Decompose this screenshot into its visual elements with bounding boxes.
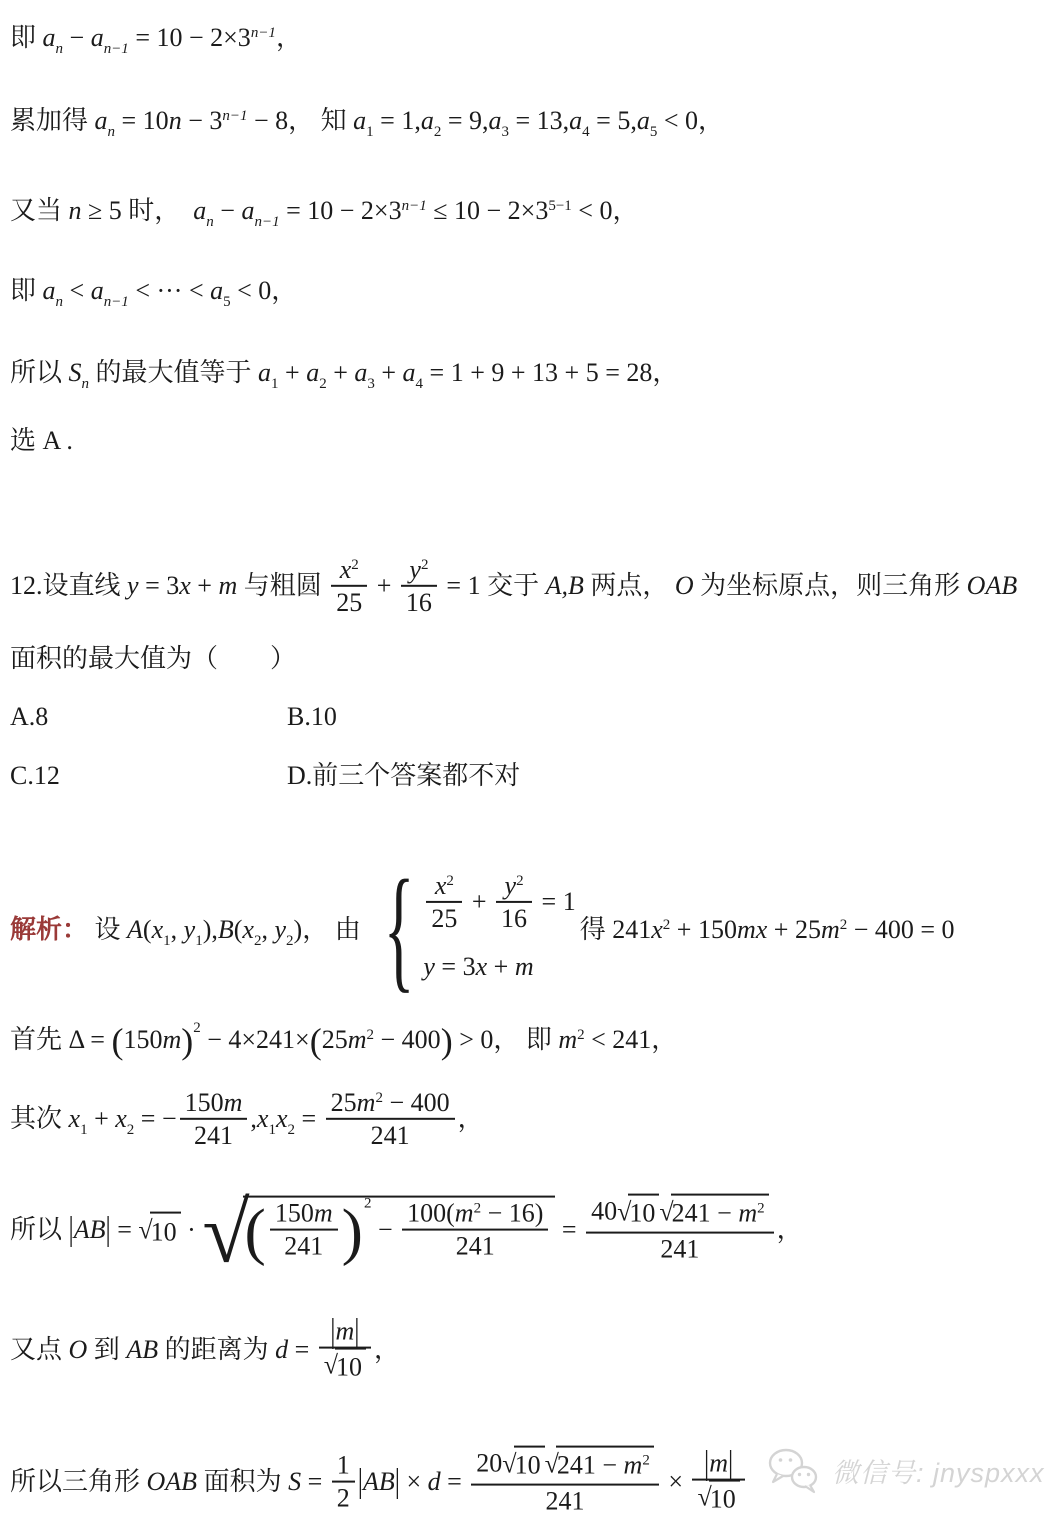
fraction: x225 bbox=[426, 870, 462, 934]
superscript: 2 bbox=[642, 1453, 650, 1469]
text-run: − bbox=[63, 23, 91, 52]
text-run: 到 bbox=[87, 1335, 126, 1364]
math-var: m bbox=[624, 1451, 643, 1480]
denominator: 25 bbox=[426, 901, 462, 934]
radicand: 10 bbox=[335, 1347, 366, 1382]
math-var: a bbox=[306, 358, 319, 387]
math-var: d bbox=[275, 1335, 288, 1364]
numerator: 20√10√241 − m2 bbox=[471, 1448, 659, 1484]
text-run: + bbox=[487, 952, 515, 981]
numerator: 40√10√241 − m2 bbox=[586, 1196, 774, 1232]
text-run: 100( bbox=[407, 1199, 455, 1228]
math-var: a bbox=[43, 276, 56, 305]
text-run: + bbox=[375, 358, 403, 387]
math-var: AB bbox=[74, 1215, 106, 1244]
subscript: 5 bbox=[650, 124, 658, 140]
subscript: 2 bbox=[286, 933, 294, 949]
radicand: 241 − m2 bbox=[556, 1446, 654, 1481]
abs-bar: | bbox=[728, 1443, 733, 1484]
text-run: 150 bbox=[275, 1199, 314, 1228]
text-run: ≤ 10 − 2×3 bbox=[427, 196, 549, 225]
math-var: A,B bbox=[546, 571, 584, 600]
text-run: 所以 bbox=[10, 358, 69, 387]
math-var: a bbox=[403, 358, 416, 387]
text-run: = 10 − 2×3 bbox=[129, 23, 251, 52]
solution-line-1: 即 an − an−1 = 10 − 2×3n−1， bbox=[10, 21, 302, 55]
fraction: 12 bbox=[332, 1450, 355, 1514]
denominator: 16 bbox=[496, 901, 532, 934]
denominator: √10 bbox=[692, 1479, 744, 1517]
text-run: = bbox=[555, 1215, 583, 1244]
text-run: 所以三角形 bbox=[10, 1467, 147, 1496]
math-var: a bbox=[241, 196, 254, 225]
superscript: 2 bbox=[421, 557, 429, 573]
text-run: + bbox=[191, 571, 219, 600]
answer-text: 选 A . bbox=[10, 426, 73, 455]
paren: ( bbox=[310, 1021, 322, 1061]
radical: √10 bbox=[324, 1347, 366, 1382]
radical: √10 bbox=[617, 1194, 659, 1229]
fraction: 150m241 bbox=[180, 1087, 248, 1151]
subscript: 3 bbox=[502, 124, 510, 140]
radical: √241 − m2 bbox=[659, 1194, 768, 1229]
math-var: x bbox=[340, 555, 352, 584]
text-run: 25 bbox=[322, 1025, 348, 1054]
math-var: mx bbox=[737, 915, 767, 944]
math-var: O bbox=[69, 1335, 88, 1364]
subscript: 4 bbox=[416, 376, 424, 392]
text-run: 即 bbox=[10, 23, 43, 52]
math-var: S bbox=[69, 358, 82, 387]
options-row-1: A.8B.10 bbox=[10, 700, 48, 734]
math-var: O bbox=[675, 571, 694, 600]
math-var: x bbox=[242, 915, 254, 944]
superscript: 2 bbox=[474, 1201, 482, 1217]
option-a: A.8 bbox=[10, 702, 48, 731]
math-var: m bbox=[348, 1025, 367, 1054]
denominator: 241 bbox=[402, 1229, 548, 1262]
subscript: 2 bbox=[434, 124, 442, 140]
fraction: |m|√10 bbox=[692, 1448, 744, 1517]
denominator: √10 bbox=[319, 1347, 371, 1385]
math-var: y bbox=[274, 915, 286, 944]
paren: ) bbox=[441, 1021, 453, 1061]
text-run: − bbox=[214, 196, 242, 225]
superscript: 2 bbox=[364, 1196, 372, 1212]
math-var: a bbox=[421, 106, 434, 135]
math-var: x bbox=[179, 571, 191, 600]
radical-large: √(150m241)2 − 100(m2 − 16)241 bbox=[202, 1196, 555, 1264]
text-run: = 1 + 9 + 13 + 5 = 28， bbox=[423, 358, 678, 387]
analysis-line: 解析： 设 A(x1, y1),B(x2, y2)， 由 {x225 + y21… bbox=[10, 876, 955, 988]
text-run: 241 − bbox=[557, 1451, 624, 1480]
vieta-line: 其次 x1 + x2 = −150m241,x1x2 = 25m2 − 4002… bbox=[10, 1089, 484, 1153]
cases-rows: x225 + y216 = 1y = 3x + m bbox=[423, 872, 575, 984]
solution-line-5: 所以 Sn 的最大值等于 a1 + a2 + a3 + a4 = 1 + 9 +… bbox=[10, 356, 678, 390]
math-var: AB bbox=[363, 1467, 395, 1496]
math-var: AB bbox=[126, 1335, 158, 1364]
math-var: a bbox=[637, 106, 650, 135]
numerator: y2 bbox=[496, 870, 532, 901]
option-c: C.12 bbox=[10, 761, 60, 790]
abs-bar: | bbox=[354, 1311, 359, 1352]
radical: √10 bbox=[138, 1211, 180, 1249]
text-run: ， bbox=[374, 1335, 400, 1364]
text-run: = 3 bbox=[435, 952, 476, 981]
fraction: y216 bbox=[496, 870, 532, 934]
text-run: = 13, bbox=[509, 106, 569, 135]
math-var: x bbox=[257, 1104, 269, 1133]
text-run: − 400 bbox=[383, 1088, 450, 1117]
subscript: n bbox=[56, 294, 64, 310]
text-run: 与粗圆 bbox=[237, 571, 328, 600]
text-run: > 0， 即 bbox=[453, 1025, 559, 1054]
text-run: 即 bbox=[10, 276, 43, 305]
abs-bar: | bbox=[106, 1208, 111, 1252]
solution-line-3: 又当 n ≥ 5 时， an − an−1 = 10 − 2×3n−1 ≤ 10… bbox=[10, 194, 638, 228]
math-solution-document: 即 an − an−1 = 10 − 2×3n−1， 累加得 an = 10n … bbox=[0, 0, 1050, 1527]
text-run: < ··· < bbox=[129, 276, 210, 305]
superscript: 2 bbox=[516, 873, 524, 889]
text-run: + bbox=[327, 358, 355, 387]
math-var: y bbox=[127, 571, 139, 600]
text-run: 得 241 bbox=[580, 915, 652, 944]
text-run: + 150 bbox=[670, 915, 737, 944]
denominator: 241 bbox=[471, 1483, 659, 1516]
text-run: = 10 bbox=[115, 106, 169, 135]
numerator: 1 bbox=[332, 1450, 355, 1481]
paren: ) bbox=[181, 1021, 193, 1061]
math-var: y bbox=[505, 871, 517, 900]
math-var: n bbox=[69, 196, 82, 225]
text-run: 150 bbox=[185, 1088, 224, 1117]
text-run: 面积的最大值为（ ） bbox=[10, 644, 296, 673]
text-run: , bbox=[171, 915, 184, 944]
math-var: a bbox=[489, 106, 502, 135]
denominator: 241 bbox=[586, 1231, 774, 1264]
abs-bar: | bbox=[358, 1460, 363, 1504]
text-run: < bbox=[63, 276, 91, 305]
subscript: 5 bbox=[223, 294, 231, 310]
superscript: 2 bbox=[840, 917, 848, 933]
text-run: ， bbox=[458, 1104, 484, 1133]
fraction: 20√10√241 − m2241 bbox=[471, 1448, 659, 1517]
text-run: + bbox=[88, 1104, 116, 1133]
math-var: x bbox=[651, 915, 663, 944]
subscript: 1 bbox=[271, 376, 279, 392]
text-run: = 1 交于 bbox=[440, 571, 546, 600]
radical: √10 bbox=[502, 1446, 544, 1481]
math-var: x bbox=[69, 1104, 81, 1133]
radicand: 10 bbox=[709, 1479, 740, 1514]
superscript: 2 bbox=[375, 1090, 383, 1106]
subscript: 2 bbox=[287, 1122, 295, 1138]
text-run: − 16) bbox=[481, 1199, 543, 1228]
superscript: 2 bbox=[663, 917, 671, 933]
text-run: < 241， bbox=[585, 1025, 678, 1054]
math-var: a bbox=[91, 276, 104, 305]
text-run: < 0， bbox=[572, 196, 639, 225]
subscript: n bbox=[206, 214, 214, 230]
text-run: = 5, bbox=[590, 106, 637, 135]
denominator: 241 bbox=[270, 1229, 338, 1262]
text-run: = 1, bbox=[374, 106, 421, 135]
options-row-2: C.12D.前三个答案都不对 bbox=[10, 759, 60, 793]
math-var: x bbox=[276, 1104, 288, 1133]
question-12-line-1: 12.设直线 y = 3x + m 与粗圆 x225 + y216 = 1 交于… bbox=[10, 556, 1017, 620]
text-run: 面积为 bbox=[197, 1467, 288, 1496]
text-run: 12.设直线 bbox=[10, 571, 127, 600]
text-run: − 4×241× bbox=[201, 1025, 310, 1054]
option-d: D.前三个答案都不对 bbox=[287, 759, 520, 793]
text-run: = bbox=[111, 1215, 139, 1244]
cases-row-1: x225 + y216 = 1 bbox=[423, 872, 575, 936]
radical: √10 bbox=[697, 1479, 739, 1514]
text-run: = − bbox=[134, 1104, 176, 1133]
math-var: m bbox=[738, 1199, 757, 1228]
math-var: m bbox=[455, 1199, 474, 1228]
math-var: a bbox=[258, 358, 271, 387]
math-var: a bbox=[95, 106, 108, 135]
denominator: 16 bbox=[401, 585, 437, 618]
abs-bar: | bbox=[330, 1311, 335, 1352]
math-var: n bbox=[169, 106, 182, 135]
fraction: 100(m2 − 16)241 bbox=[402, 1198, 548, 1262]
text-run: < 0， bbox=[231, 276, 298, 305]
subscript: 1 bbox=[80, 1122, 88, 1138]
superscript: 2 bbox=[193, 1020, 201, 1036]
text-run: 25 bbox=[331, 1088, 357, 1117]
cases-row-2: y = 3x + m bbox=[423, 950, 575, 984]
math-var: m bbox=[224, 1088, 243, 1117]
text-run: ， bbox=[276, 23, 302, 52]
math-var: y bbox=[184, 915, 196, 944]
math-var: m bbox=[709, 1449, 728, 1478]
text-run: 累加得 bbox=[10, 106, 95, 135]
text-run: = 10 − 2×3 bbox=[280, 196, 402, 225]
radicand: 10 bbox=[150, 1211, 181, 1249]
text-run: = bbox=[295, 1104, 323, 1133]
math-var: a bbox=[193, 196, 206, 225]
text-run: 设 bbox=[88, 915, 127, 944]
math-var: OAB bbox=[147, 1467, 198, 1496]
numerator: 150m bbox=[270, 1198, 338, 1229]
math-var: x bbox=[476, 952, 488, 981]
text-run: − 400 bbox=[374, 1025, 441, 1054]
superscript: n−1 bbox=[222, 108, 247, 124]
abs-bar: | bbox=[704, 1443, 709, 1484]
subscript: n bbox=[82, 376, 90, 392]
fraction: 150m241 bbox=[270, 1198, 338, 1262]
text-run: ， bbox=[777, 1215, 803, 1244]
analysis-label: 解析： bbox=[10, 915, 88, 944]
math-var: a bbox=[354, 358, 367, 387]
discriminant-line: 首先 Δ = (150m)2 − 4×241×(25m2 − 400) > 0，… bbox=[10, 1023, 677, 1057]
math-var: A bbox=[127, 915, 143, 944]
math-var: a bbox=[353, 106, 366, 135]
text-run: − 3 bbox=[182, 106, 223, 135]
text-run: , bbox=[261, 915, 274, 944]
radicand: 10 bbox=[514, 1446, 545, 1481]
superscript: 2 bbox=[577, 1027, 585, 1043]
subscript: 2 bbox=[254, 933, 262, 949]
question-12-line-2: 面积的最大值为（ ） bbox=[10, 642, 296, 676]
text-run: + bbox=[279, 358, 307, 387]
radicand: (150m241)2 − 100(m2 − 16)241 bbox=[243, 1196, 556, 1264]
superscript: n−1 bbox=[251, 25, 276, 41]
solution-line-4: 即 an < an−1 < ··· < a5 < 0， bbox=[10, 274, 297, 308]
option-b: B.10 bbox=[287, 700, 337, 734]
math-var: m bbox=[162, 1025, 181, 1054]
subscript: n bbox=[108, 124, 116, 140]
paren: ( bbox=[143, 915, 152, 944]
math-var: m bbox=[558, 1025, 577, 1054]
numerator: |m| bbox=[319, 1316, 371, 1347]
superscript: 2 bbox=[367, 1027, 375, 1043]
answer-line: 选 A . bbox=[10, 424, 73, 458]
paren: ) bbox=[294, 915, 303, 944]
math-var: m bbox=[357, 1088, 376, 1117]
radicand: 241 − m2 bbox=[671, 1194, 769, 1229]
math-var: m bbox=[821, 915, 840, 944]
math-var: m bbox=[314, 1199, 333, 1228]
text-run: = bbox=[288, 1335, 316, 1364]
math-var: B bbox=[218, 915, 234, 944]
denominator: 241 bbox=[180, 1118, 248, 1151]
subscript: 1 bbox=[268, 1122, 276, 1138]
distance-line: 又点 O 到 AB 的距离为 d = |m|√10， bbox=[10, 1318, 400, 1387]
text-run: 的距离为 bbox=[158, 1335, 275, 1364]
subscript: 3 bbox=[367, 376, 375, 392]
math-var: a bbox=[569, 106, 582, 135]
text-run: + bbox=[465, 887, 493, 916]
subscript: n−1 bbox=[104, 294, 129, 310]
equation-system: {x225 + y216 = 1y = 3x + m bbox=[371, 872, 576, 984]
wechat-icon bbox=[766, 1446, 822, 1494]
text-run: 又当 bbox=[10, 196, 69, 225]
math-var: a bbox=[91, 23, 104, 52]
text-run: 20 bbox=[476, 1449, 502, 1478]
text-run: + 25 bbox=[767, 915, 821, 944]
math-var: x bbox=[115, 1104, 127, 1133]
text-run: 40 bbox=[591, 1197, 617, 1226]
text-run: · bbox=[181, 1215, 203, 1244]
subscript: 2 bbox=[127, 1122, 135, 1138]
fraction: 40√10√241 − m2241 bbox=[586, 1196, 774, 1265]
math-var: y bbox=[409, 555, 421, 584]
paren: ( bbox=[111, 1021, 123, 1061]
math-var: m bbox=[336, 1317, 355, 1346]
text-run: 150 bbox=[123, 1025, 162, 1054]
text-run: = 1 bbox=[535, 887, 576, 916]
fraction: y216 bbox=[401, 554, 437, 618]
text-run: 为坐标原点，则三角形 bbox=[694, 571, 967, 600]
superscript: 2 bbox=[351, 557, 359, 573]
math-var: x bbox=[435, 871, 447, 900]
text-run: = bbox=[441, 1467, 469, 1496]
text-run: × bbox=[662, 1467, 690, 1496]
text-run: 又点 bbox=[10, 1335, 69, 1364]
subscript: 1 bbox=[163, 933, 171, 949]
text-run: 首先 Δ = bbox=[10, 1025, 111, 1054]
math-var: y bbox=[423, 952, 435, 981]
fraction: 25m2 − 400241 bbox=[326, 1087, 455, 1151]
superscript: 2 bbox=[757, 1201, 765, 1217]
math-var: OAB bbox=[967, 571, 1018, 600]
watermark-text: 微信号: jnyspxxx bbox=[832, 1451, 1045, 1490]
abs-bar: | bbox=[395, 1460, 400, 1504]
subscript: n−1 bbox=[104, 41, 129, 57]
numerator: |m| bbox=[692, 1448, 744, 1479]
text-run: = 3 bbox=[139, 571, 180, 600]
subscript: n−1 bbox=[254, 214, 279, 230]
abs-bar: | bbox=[69, 1208, 74, 1252]
text-run: = 9, bbox=[441, 106, 488, 135]
subscript: 1 bbox=[366, 124, 374, 140]
text-run: 的最大值等于 bbox=[89, 358, 258, 387]
chord-length-line: 所以 |AB| = √10 · √(150m241)2 − 100(m2 − 1… bbox=[10, 1198, 803, 1267]
area-line: 所以三角形 OAB 面积为 S = 12|AB| × d = 20√10√241… bbox=[10, 1450, 748, 1519]
text-run: 其次 bbox=[10, 1104, 69, 1133]
text-run: − bbox=[371, 1215, 399, 1244]
text-run: 241 − bbox=[672, 1199, 739, 1228]
text-run: 所以 bbox=[10, 1215, 69, 1244]
math-var: S bbox=[288, 1467, 301, 1496]
subscript: n bbox=[56, 41, 64, 57]
text-run: ， 由 bbox=[302, 915, 367, 944]
math-var: a bbox=[210, 276, 223, 305]
text-run: − 400 = 0 bbox=[847, 915, 954, 944]
fraction: |m|√10 bbox=[319, 1316, 371, 1385]
fraction: x225 bbox=[331, 554, 367, 618]
subscript: 1 bbox=[195, 933, 203, 949]
superscript: 2 bbox=[446, 873, 454, 889]
math-var: m bbox=[515, 952, 534, 981]
denominator: 2 bbox=[332, 1481, 355, 1514]
numerator: x2 bbox=[331, 554, 367, 585]
text-run: + bbox=[370, 571, 398, 600]
text-run: × bbox=[400, 1467, 428, 1496]
paren: ) bbox=[342, 1196, 363, 1267]
numerator: 100(m2 − 16) bbox=[402, 1198, 548, 1229]
text-run: ≥ 5 时， bbox=[82, 196, 194, 225]
superscript: n−1 bbox=[402, 198, 427, 214]
text-run: 两点， bbox=[584, 571, 675, 600]
radical: √241 − m2 bbox=[545, 1446, 654, 1481]
text-run: − 8， 知 bbox=[247, 106, 353, 135]
numerator: 150m bbox=[180, 1087, 248, 1118]
numerator: y2 bbox=[401, 554, 437, 585]
math-var: a bbox=[43, 23, 56, 52]
text-run: < 0， bbox=[657, 106, 724, 135]
radicand: 10 bbox=[628, 1194, 659, 1229]
math-var: x bbox=[152, 915, 164, 944]
superscript: 5−1 bbox=[548, 198, 571, 214]
watermark: 微信号: jnyspxxx bbox=[766, 1446, 1045, 1494]
subscript: 2 bbox=[319, 376, 327, 392]
numerator: 25m2 − 400 bbox=[326, 1087, 455, 1118]
math-var: m bbox=[218, 571, 237, 600]
text-run: = bbox=[301, 1467, 329, 1496]
subscript: 4 bbox=[582, 124, 590, 140]
numerator: x2 bbox=[426, 870, 462, 901]
denominator: 241 bbox=[326, 1118, 455, 1151]
math-var: d bbox=[428, 1467, 441, 1496]
solution-line-2: 累加得 an = 10n − 3n−1 − 8， 知 a1 = 1,a2 = 9… bbox=[10, 104, 724, 138]
denominator: 25 bbox=[331, 585, 367, 618]
